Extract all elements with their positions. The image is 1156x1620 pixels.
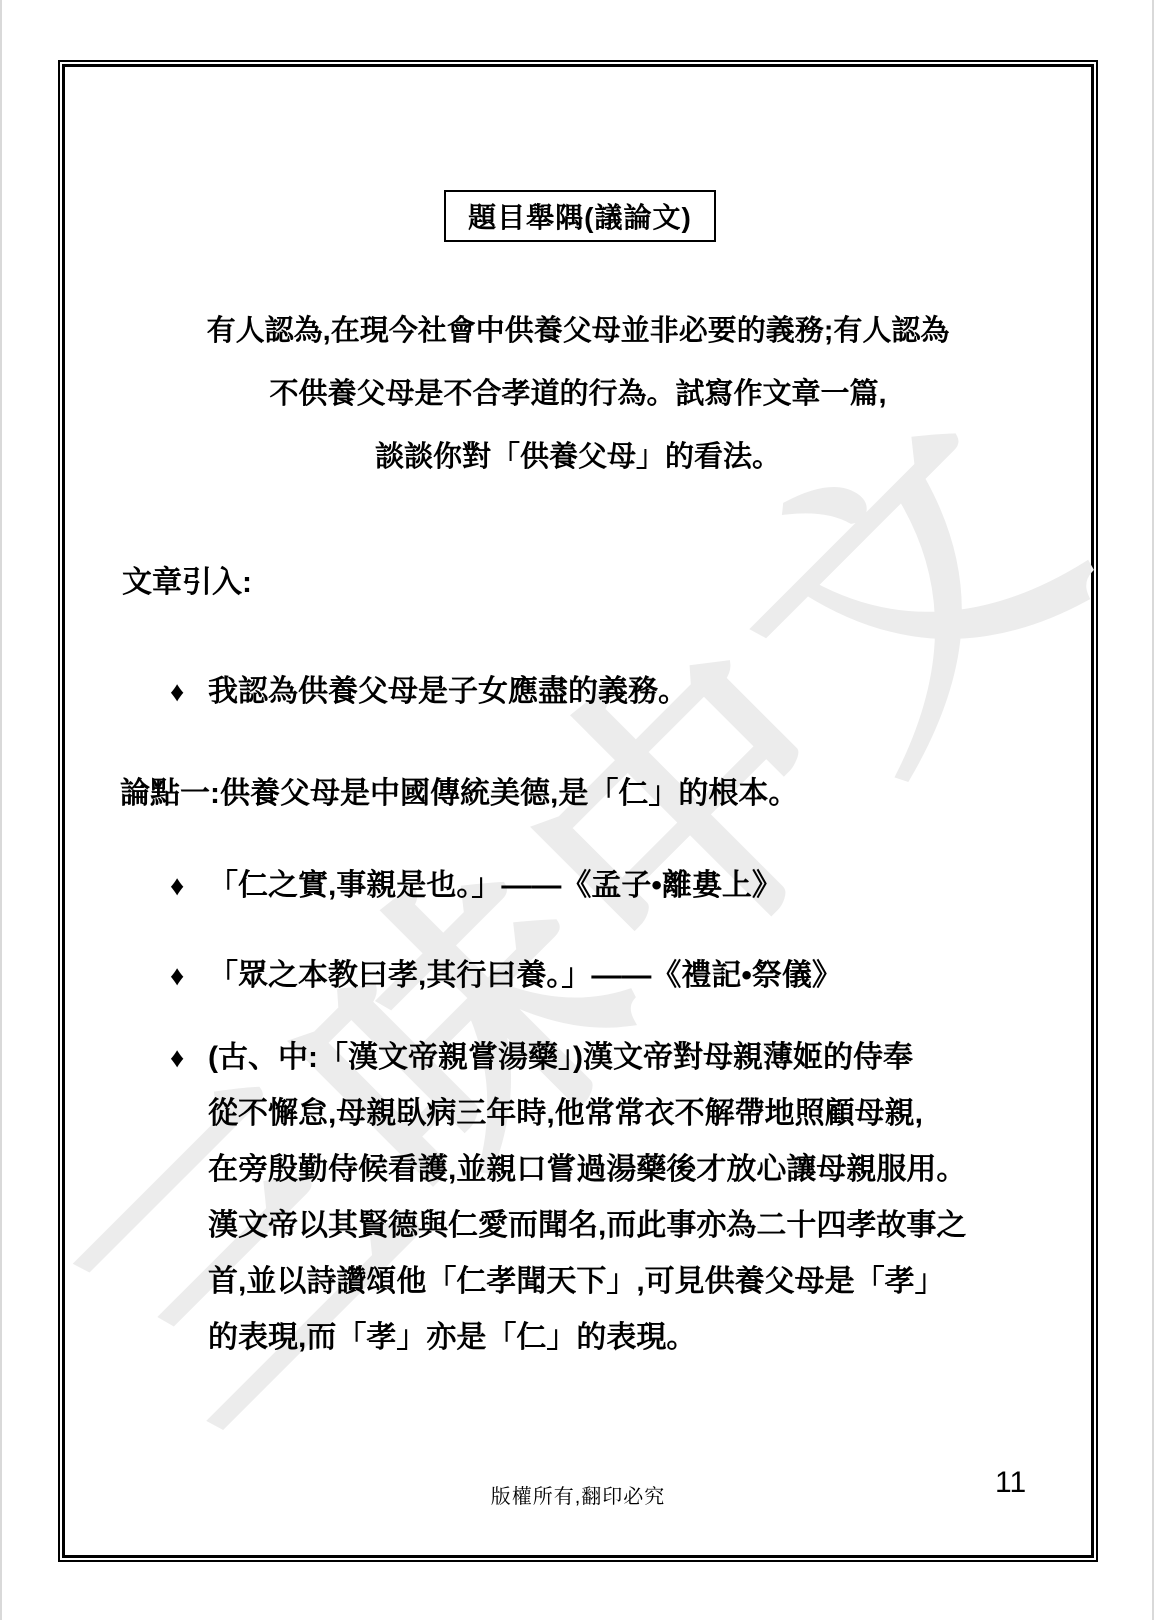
diamond-bullet-icon: ♦: [170, 960, 208, 992]
point1-heading: 論點一:供養父母是中國傳統美德,是「仁」的根本。: [120, 768, 798, 812]
story-line: 的表現,而「孝」亦是「仁」的表現。: [170, 1310, 1050, 1366]
intro-bullet-text: 我認為供養父母是子女應盡的義務。: [208, 675, 688, 708]
diamond-bullet-icon: ♦: [170, 676, 208, 708]
story-line: 從不懈怠,母親臥病三年時,他常常衣不解帶地照顧母親,: [170, 1086, 1050, 1142]
diamond-bullet-icon: ♦: [170, 1030, 208, 1086]
page-title: 題目舉隅(議論文): [468, 196, 692, 236]
story-line: 在旁殷勤侍候看護,並親口嘗過湯藥後才放心讓母親服用。: [170, 1142, 1050, 1198]
intro-section-label: 文章引入:: [122, 557, 252, 601]
diamond-bullet-icon: ♦: [170, 870, 208, 902]
prompt-line: 有人認為,在現今社會中供養父母並非必要的義務;有人認為: [58, 300, 1098, 363]
quote2-text: 「眾之本教曰孝,其行曰養。」——《禮記•祭儀》: [208, 959, 842, 992]
quote2-bullet-item: ♦「眾之本教曰孝,其行曰養。」——《禮記•祭儀》: [170, 950, 842, 994]
page-content: 題目舉隅(議論文) 有人認為,在現今社會中供養父母並非必要的義務;有人認為 不供…: [0, 0, 1156, 1620]
title-box: 題目舉隅(議論文): [444, 190, 716, 242]
story-line-text: (古、中:「漢文帝親嘗湯藥」)漢文帝對母親薄姬的侍奉: [208, 1041, 913, 1074]
document-page: 三味中文 題目舉隅(議論文) 有人認為,在現今社會中供養父母並非必要的義務;有人…: [0, 0, 1156, 1620]
page-number: 11: [995, 1466, 1026, 1500]
story-line: 首,並以詩讚頌他「仁孝聞天下」,可見供養父母是「孝」: [170, 1254, 1050, 1310]
prompt-line: 談談你對「供養父母」的看法。: [58, 426, 1098, 489]
prompt-line: 不供養父母是不合孝道的行為。試寫作文章一篇,: [58, 363, 1098, 426]
intro-bullet-item: ♦我認為供養父母是子女應盡的義務。: [170, 666, 688, 710]
story-line: ♦(古、中:「漢文帝親嘗湯藥」)漢文帝對母親薄姬的侍奉: [170, 1030, 1050, 1086]
story-line: 漢文帝以其賢德與仁愛而聞名,而此事亦為二十四孝故事之: [170, 1198, 1050, 1254]
essay-prompt: 有人認為,在現今社會中供養父母並非必要的義務;有人認為 不供養父母是不合孝道的行…: [58, 300, 1098, 489]
copyright-footer: 版權所有,翻印必究: [58, 1480, 1098, 1509]
quote1-text: 「仁之實,事親是也。」——《孟子•離婁上》: [208, 869, 782, 902]
quote1-bullet-item: ♦「仁之實,事親是也。」——《孟子•離婁上》: [170, 860, 782, 904]
story-bullet-item: ♦(古、中:「漢文帝親嘗湯藥」)漢文帝對母親薄姬的侍奉 從不懈怠,母親臥病三年時…: [170, 1030, 1050, 1366]
